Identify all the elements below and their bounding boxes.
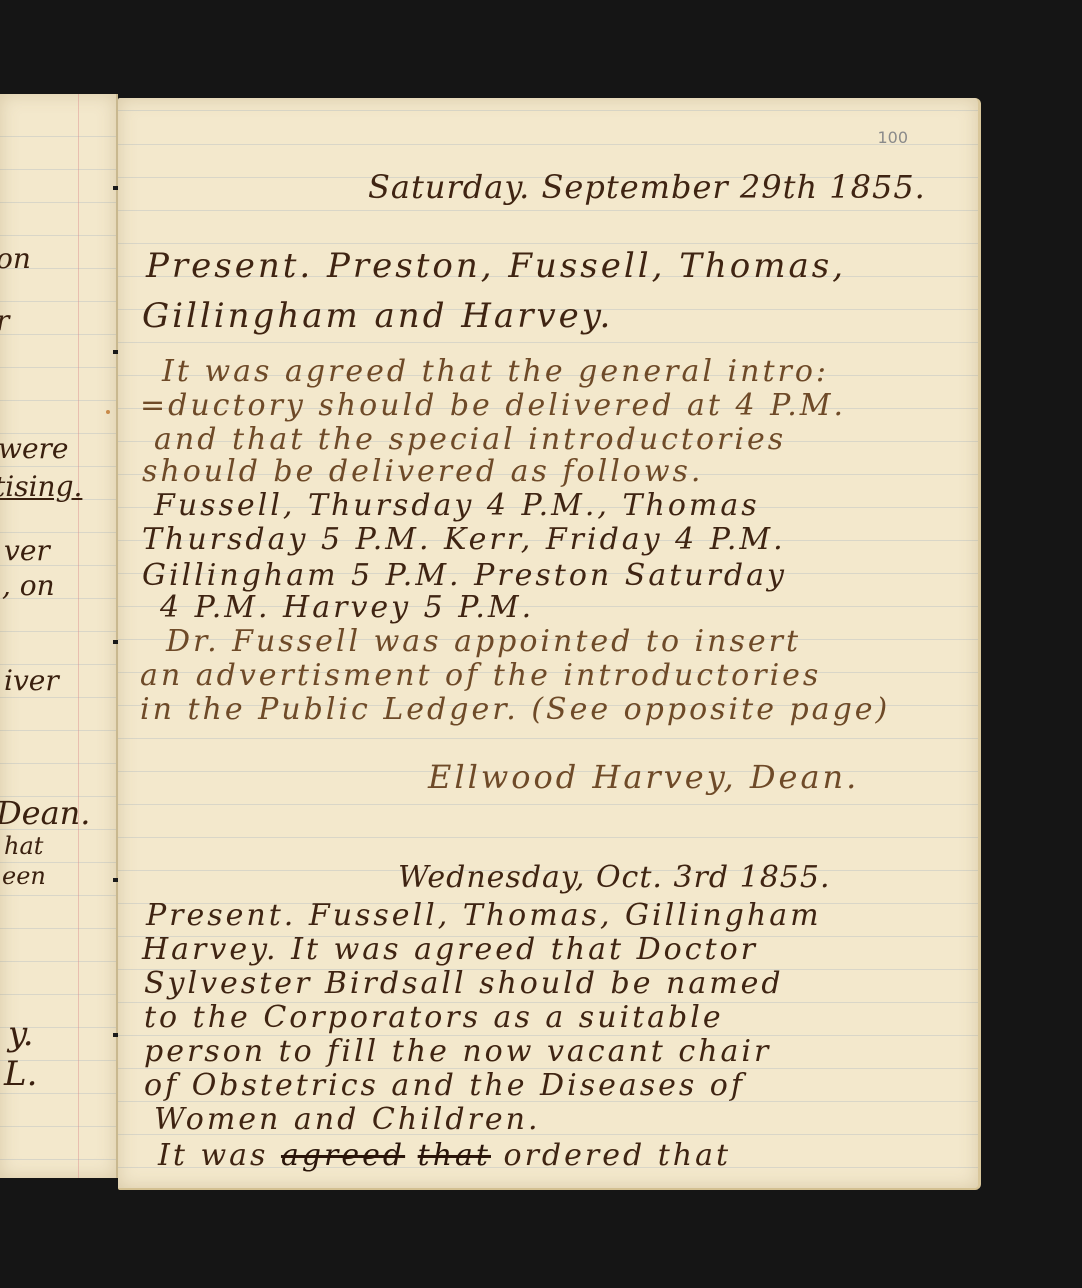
left-fragment-text: ver (4, 534, 50, 567)
left-fragment-text: were (0, 432, 69, 465)
left-fragment-text: , on (2, 569, 55, 602)
left-fragment-text: on (0, 242, 31, 275)
left-fragment-text: tising. (0, 470, 82, 503)
right-page: 100 Saturday. September 29th 1855. Prese… (118, 98, 981, 1190)
entry-line: =ductory should be delivered at 4 P.M. (140, 388, 846, 423)
entry-line: Dr. Fussell was appointed to insert (166, 624, 801, 659)
left-page-fragment: on r were tising. ver , on iver Dean. ha… (0, 94, 118, 1178)
left-fragment-text: r (0, 304, 9, 337)
entry-line: It was agreed that the general intro: (162, 354, 829, 389)
entry-line: 4 P.M. Harvey 5 P.M. (160, 590, 534, 625)
entry-line: Fussell, Thursday 4 P.M., Thomas (154, 488, 760, 523)
left-fragment-text: y. (8, 1014, 34, 1054)
left-fragment-text: L. (4, 1054, 37, 1094)
left-fragment-text: hat (4, 832, 43, 860)
entry-line: in the Public Ledger. (See opposite page… (140, 692, 890, 727)
entry-line: Gillingham and Harvey. (142, 296, 613, 336)
entry-line: of Obstetrics and the Diseases of (144, 1068, 745, 1103)
struck-text: that (418, 1138, 491, 1173)
entry-line: and that the special introductories (154, 422, 786, 457)
entry-date: Wednesday, Oct. 3rd 1855. (398, 860, 831, 895)
entry-line: should be delivered as follows. (142, 454, 703, 489)
entry-line: Present. Preston, Fussell, Thomas, (146, 246, 846, 286)
entry-line: person to fill the now vacant chair (144, 1034, 771, 1069)
entry-line: Harvey. It was agreed that Doctor (142, 932, 758, 967)
entry-date: Saturday. September 29th 1855. (368, 168, 926, 206)
entry-line: Present. Fussell, Thomas, Gillingham (146, 898, 822, 933)
text: ordered that (491, 1138, 731, 1173)
entry-line: Women and Children. (154, 1102, 541, 1137)
text (405, 1138, 418, 1173)
left-fragment-text: Dean. (0, 794, 90, 832)
paper-stain (106, 410, 110, 414)
page-number: 100 (877, 128, 908, 147)
left-fragment-text: iver (4, 664, 59, 697)
entry-line: to the Corporators as a suitable (144, 1000, 724, 1035)
signature: Ellwood Harvey, Dean. (428, 758, 859, 796)
margin-line (78, 94, 79, 1178)
left-fragment-text: een (2, 862, 46, 890)
entry-line: Gillingham 5 P.M. Preston Saturday (142, 558, 787, 593)
struck-text: agreed (281, 1138, 405, 1173)
entry-last-line: It was agreed that ordered that (158, 1138, 731, 1173)
entry-line: an advertisment of the introductories (140, 658, 821, 693)
entry-line: Sylvester Birdsall should be named (144, 966, 784, 1001)
text: It was (158, 1138, 281, 1173)
entry-line: Thursday 5 P.M. Kerr, Friday 4 P.M. (142, 522, 786, 557)
